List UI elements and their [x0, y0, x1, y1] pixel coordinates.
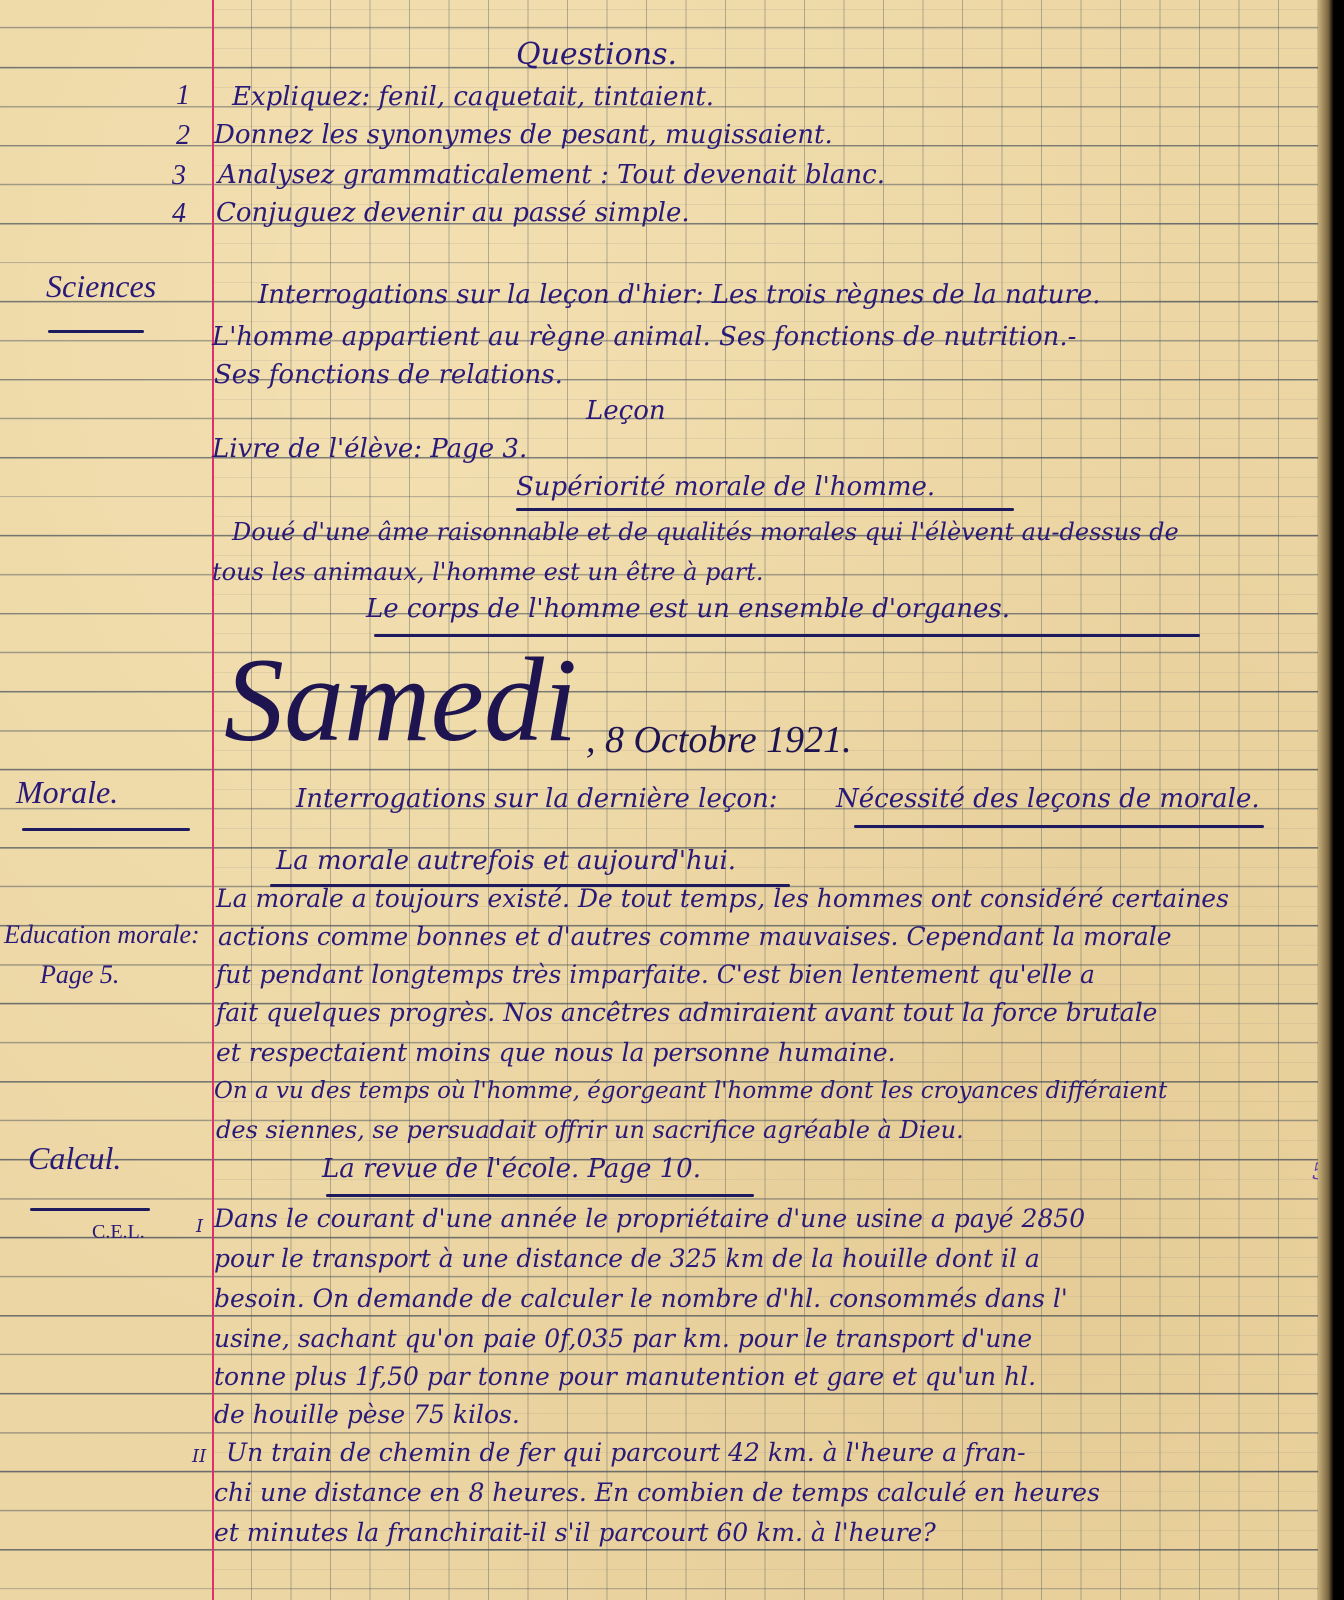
- lesson-heading: Leçon: [586, 398, 666, 424]
- underline: [30, 1208, 150, 1211]
- problem-line: pour le transport à une distance de 325 …: [214, 1246, 1040, 1271]
- questions-heading: Questions.: [516, 40, 677, 70]
- level-label: C.E.L.: [92, 1222, 145, 1242]
- lesson-body: Doué d'une âme raisonnable et de qualité…: [232, 520, 1179, 544]
- underline: [48, 330, 144, 333]
- problem-source: La revue de l'école. Page 10.: [322, 1156, 701, 1182]
- problem-line: tonne plus 1f,50 par tonne pour manutent…: [214, 1364, 1036, 1389]
- question-number: 2: [176, 120, 190, 152]
- morale-body: La morale a toujours existé. De tout tem…: [216, 886, 1229, 911]
- problem-line: Un train de chemin de fer qui parcourt 4…: [226, 1440, 1026, 1465]
- lesson-conclusion: Le corps de l'homme est un ensemble d'or…: [366, 596, 1010, 622]
- interrogation-topic: Nécessité des leçons de morale.: [836, 786, 1260, 812]
- question-text: Donnez les synonymes de pesant, mugissai…: [214, 122, 833, 148]
- book-reference: Livre de l'élève: Page 3.: [212, 436, 527, 462]
- morale-body: On a vu des temps où l'homme, égorgeant …: [214, 1080, 1167, 1103]
- margin-ref: Education morale:: [4, 922, 200, 948]
- lesson-subtitle: Supériorité morale de l'homme.: [516, 474, 935, 500]
- question-number: 4: [172, 198, 186, 230]
- day-title: Samedi: [224, 640, 577, 760]
- notebook-page: Questions. 1 Expliquez: fenil, caquetait…: [0, 0, 1334, 1600]
- underline: [516, 508, 1014, 511]
- margin-label-calcul: Calcul.: [28, 1142, 121, 1174]
- problem-line: chi une distance en 8 heures. En combien…: [214, 1480, 1100, 1505]
- question-number: 1: [176, 80, 190, 112]
- underline: [854, 825, 1264, 828]
- problem-line: de houille pèse 75 kilos.: [214, 1402, 520, 1427]
- red-margin-line: [212, 0, 214, 1600]
- sciences-line: Interrogations sur la leçon d'hier: Les …: [258, 282, 1101, 308]
- morale-subtitle: La morale autrefois et aujourd'hui.: [276, 848, 736, 874]
- question-text: Expliquez: fenil, caquetait, tintaient.: [232, 84, 714, 110]
- problem-marker: II: [192, 1448, 206, 1466]
- problem-line: usine, sachant qu'on paie 0f,035 par km.…: [214, 1326, 1032, 1351]
- interrogation-label: Interrogations sur la dernière leçon:: [296, 786, 778, 812]
- problem-line: Dans le courant d'une année le propriéta…: [214, 1206, 1085, 1231]
- problem-marker: I: [196, 1218, 203, 1236]
- morale-body: fait quelques progrès. Nos ancêtres admi…: [216, 1000, 1157, 1025]
- underline: [22, 828, 190, 831]
- lesson-body: tous les animaux, l'homme est un être à …: [212, 560, 763, 584]
- underline: [326, 1194, 754, 1197]
- margin-label-morale: Morale.: [16, 776, 118, 808]
- sciences-line: L'homme appartient au règne animal. Ses …: [212, 324, 1076, 350]
- problem-line: besoin. On demande de calculer le nombre…: [214, 1286, 1068, 1311]
- morale-body: fut pendant longtemps très imparfaite. C…: [216, 962, 1095, 987]
- date-title: , 8 Octobre 1921.: [586, 718, 852, 762]
- margin-label-sciences: Sciences: [46, 270, 156, 302]
- morale-body: actions comme bonnes et d'autres comme m…: [218, 924, 1172, 949]
- margin-ref-page: Page 5.: [40, 962, 119, 988]
- question-text: Conjuguez devenir au passé simple.: [216, 200, 690, 226]
- question-number: 3: [172, 160, 186, 192]
- problem-line: et minutes la franchirait-il s'il parcou…: [214, 1520, 936, 1545]
- morale-body: des siennes, se persuadait offrir un sac…: [216, 1118, 964, 1142]
- page-edge-shadow: [1318, 0, 1344, 1600]
- morale-body: et respectaient moins que nous la person…: [216, 1040, 896, 1065]
- question-text: Analysez grammaticalement : Tout devenai…: [218, 162, 885, 188]
- sciences-line: Ses fonctions de relations.: [214, 362, 563, 388]
